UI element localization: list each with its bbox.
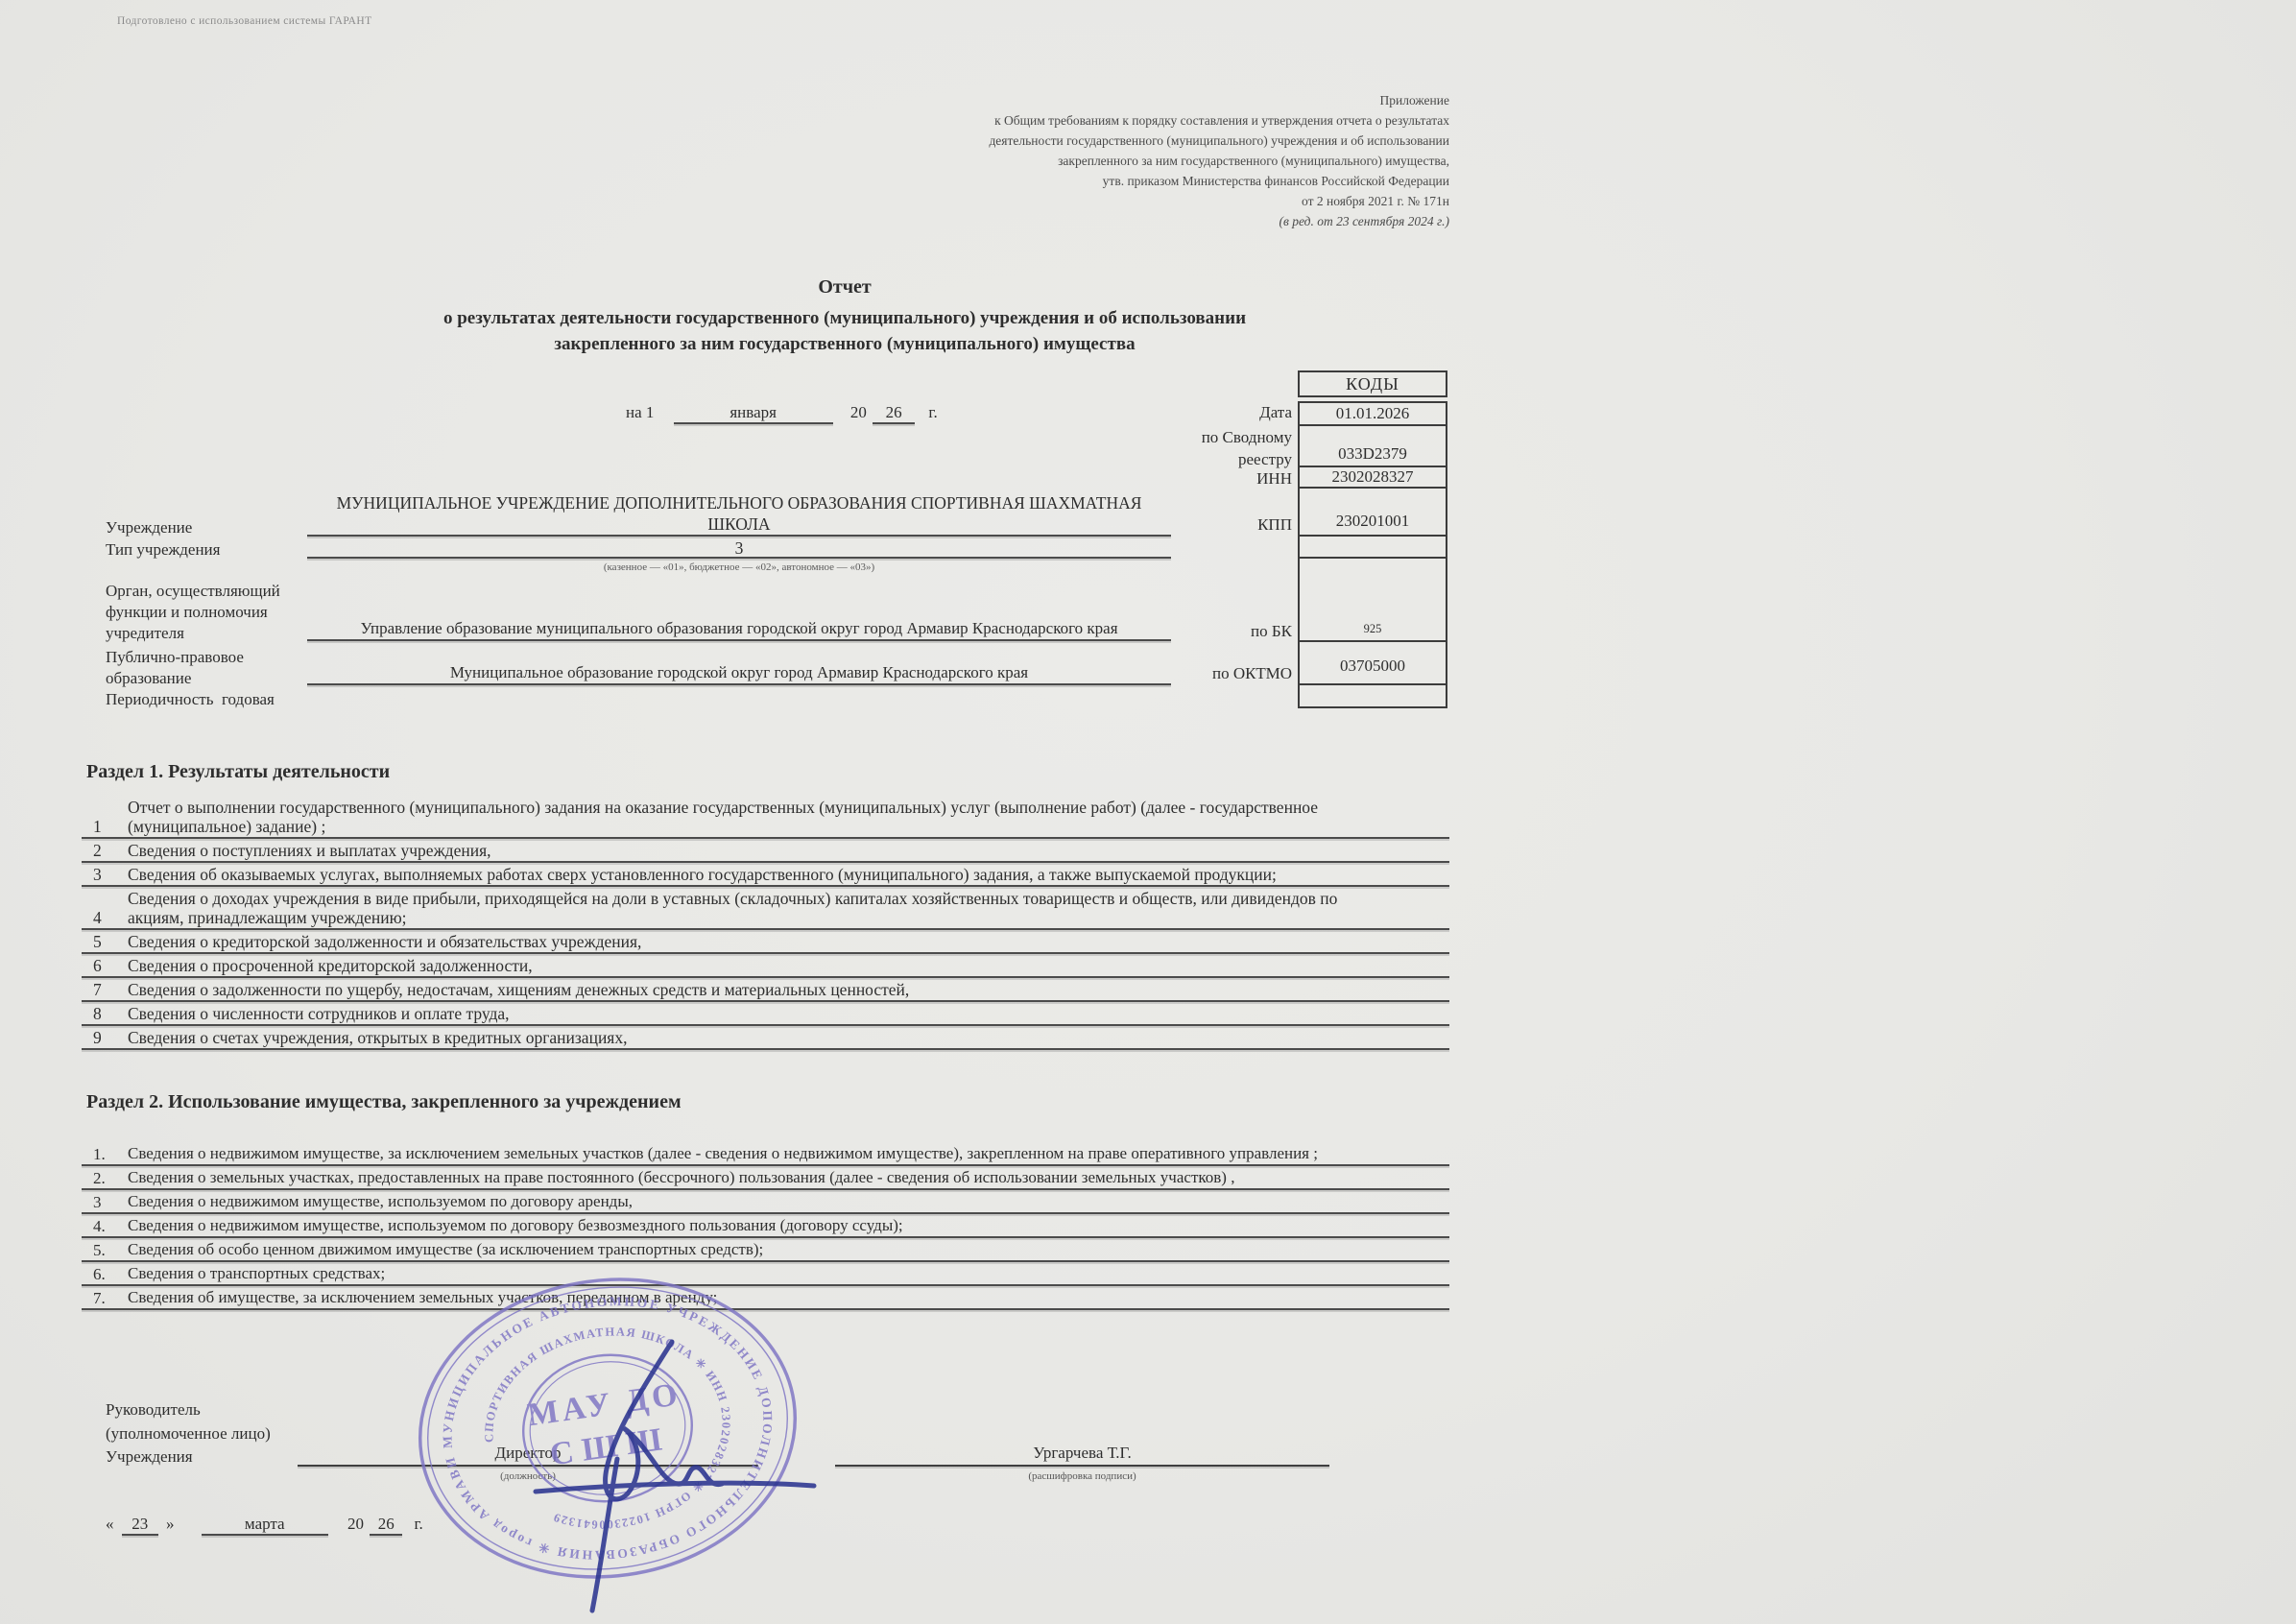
institution-type-field: 3: [307, 538, 1171, 559]
section-1: Раздел 1. Результаты деятельности 1 Отче…: [82, 761, 1449, 1052]
item-text: Сведения о недвижимом имуществе, использ…: [128, 1217, 1446, 1234]
institution-type-hint: (казенное — «01», бюджетное — «02», авто…: [307, 561, 1171, 573]
item-text: акциям, принадлежащим учреждению;: [128, 908, 1446, 927]
item-number: 1.: [93, 1146, 106, 1163]
signature-name-field: Ургарчева Т.Г.: [835, 1444, 1329, 1467]
annex-line: утв. приказом Министерства финансов Росс…: [864, 171, 1449, 191]
item-text: Сведения о доходах учреждения в виде при…: [128, 889, 1446, 908]
institution-name-line: МУНИЦИПАЛЬНОЕ УЧРЕЖДЕНИЕ ДОПОЛНИТЕЛЬНОГО…: [307, 492, 1171, 513]
institution-name-line: ШКОЛА: [307, 513, 1171, 535]
report-title-line: о результатах деятельности государственн…: [422, 305, 1267, 331]
label-institution-type: Тип учреждения: [106, 540, 220, 560]
section-2-item: 7. Сведения об имуществе, за исключением…: [82, 1289, 1449, 1310]
label-founder: функции и полномочия: [106, 603, 268, 622]
label-svodny-reestr: реестру: [1238, 450, 1292, 469]
item-text: Сведения о земельных участках, предостав…: [128, 1169, 1446, 1186]
item-number: 2: [93, 841, 102, 860]
date-month-field: января: [674, 403, 833, 424]
section-1-item: 6 Сведения о просроченной кредиторской з…: [82, 956, 1449, 978]
annex-line: от 2 ноября 2021 г. № 171н: [864, 191, 1449, 211]
section-2-item: 1. Сведения о недвижимом имуществе, за и…: [82, 1145, 1449, 1166]
item-number: 5: [93, 932, 102, 951]
label-inn: ИНН: [1256, 469, 1292, 489]
item-text: (муниципальное) задание) ;: [128, 817, 1446, 836]
signing-year-prefix: 20: [347, 1515, 364, 1533]
date-unit: г.: [928, 403, 937, 421]
date-prefix: на 1: [626, 403, 654, 421]
item-number: 3: [93, 865, 102, 884]
section-1-item: 1 Отчет о выполнении государственного (м…: [82, 798, 1449, 839]
official-stamp: МУНИЦИПАЛЬНОЕ АВТОНОМНОЕ УЧРЕЖДЕНИЕ ДОПО…: [384, 1269, 815, 1607]
periodicity-value: годовая: [222, 690, 275, 708]
label-institution: Учреждение: [106, 518, 192, 537]
periodicity-line: Периодичность годовая: [106, 690, 275, 709]
signing-year-field: 26: [370, 1515, 402, 1536]
codes-values-box: 01.01.2026 033D2379 2302028327 230201001…: [1298, 401, 1447, 708]
item-text: Сведения о кредиторской задолженности и …: [128, 932, 1446, 951]
item-number: 2.: [93, 1170, 106, 1187]
report-title-line: закрепленного за ним государственного (м…: [422, 331, 1267, 357]
section-1-item: 2 Сведения о поступлениях и выплатах учр…: [82, 841, 1449, 863]
item-text: Сведения об оказываемых услугах, выполня…: [128, 865, 1446, 884]
signing-date-unit: г.: [415, 1515, 423, 1533]
codes-cell-registry: 033D2379: [1300, 426, 1446, 467]
report-title-line: Отчет: [422, 276, 1267, 299]
garant-watermark: Подготовлено с использованием системы ГА…: [117, 15, 372, 27]
codes-cell-empty: [1300, 537, 1446, 559]
label-founder: Орган, осуществляющий: [106, 582, 280, 601]
section-1-item: 7 Сведения о задолженности по ущербу, не…: [82, 980, 1449, 1002]
item-number: 1: [93, 817, 102, 836]
item-number: 5.: [93, 1242, 106, 1259]
section-1-item: 4 Сведения о доходах учреждения в виде п…: [82, 889, 1449, 930]
item-text: Сведения о недвижимом имуществе, за искл…: [128, 1145, 1446, 1162]
label-periodicity: Периодичность: [106, 690, 213, 708]
item-text: Сведения о просроченной кредиторской зад…: [128, 956, 1446, 975]
section-1-item: 5 Сведения о кредиторской задолженности …: [82, 932, 1449, 954]
item-text: Сведения о поступлениях и выплатах учреж…: [128, 841, 1446, 860]
item-text: Сведения о счетах учреждения, открытых в…: [128, 1028, 1446, 1047]
section-2-item: 2. Сведения о земельных участках, предос…: [82, 1169, 1449, 1190]
label-head-role: (уполномоченное лицо): [106, 1424, 271, 1444]
item-number: 3: [93, 1194, 102, 1211]
item-number: 4.: [93, 1218, 106, 1235]
stamp-outer-ring-text: МУНИЦИПАЛЬНОЕ АВТОНОМНОЕ УЧРЕЖДЕНИЕ ДОПО…: [384, 1269, 793, 1592]
label-founder: учредителя: [106, 624, 184, 643]
signing-day-field: 23: [122, 1515, 158, 1536]
label-head-role: Руководитель: [106, 1400, 201, 1420]
section-2-item: 4. Сведения о недвижимом имуществе, испо…: [82, 1217, 1449, 1238]
signing-month-field: марта: [202, 1515, 328, 1536]
annex-line: деятельности государственного (муниципал…: [864, 131, 1449, 151]
item-text: Сведения о задолженности по ущербу, недо…: [128, 980, 1446, 999]
position-caption: (должность): [298, 1470, 758, 1482]
label-bk: по БК: [1251, 622, 1292, 641]
annex-edition-note: (в ред. от 23 сентября 2024 г.): [864, 211, 1449, 231]
label-oktmo: по ОКТМО: [1212, 664, 1292, 683]
item-number: 6: [93, 956, 102, 975]
stamp-inner-ring-text: СПОРТИВНАЯ ШАХМАТНАЯ ШКОЛА ✳ ИНН 2302028…: [468, 1309, 746, 1548]
section-1-item: 9 Сведения о счетах учреждения, открытых…: [82, 1028, 1449, 1050]
annex-line: к Общим требованиям к порядку составлени…: [864, 110, 1449, 131]
item-text: Сведения о численности сотрудников и опл…: [128, 1004, 1446, 1023]
codes-cell-empty: [1300, 685, 1446, 706]
item-number: 8: [93, 1004, 102, 1023]
svg-text:МУНИЦИПАЛЬНОЕ АВТОНОМНОЕ УЧРЕЖ: МУНИЦИПАЛЬНОЕ АВТОНОМНОЕ УЧРЕЖДЕНИЕ ДОПО…: [384, 1269, 793, 1592]
codes-header-cell: КОДЫ: [1298, 370, 1447, 397]
scanned-report-page: Подготовлено с использованием системы ГА…: [0, 0, 2296, 1624]
item-text: Сведения о транспортных средствах;: [128, 1265, 1446, 1282]
report-date-line: на 1 января 20 26 г.: [626, 403, 938, 424]
label-public-entity: Публично-правовое: [106, 648, 244, 667]
report-title: Отчет о результатах деятельности государ…: [422, 276, 1267, 357]
codes-table: КОДЫ 01.01.2026 033D2379 2302028327 2302…: [1298, 370, 1447, 708]
label-public-entity: образование: [106, 669, 191, 688]
date-year-field: 26: [873, 403, 915, 424]
codes-cell-oktmo: 03705000: [1300, 642, 1446, 685]
quote-open: «: [106, 1515, 114, 1533]
section-2-heading: Раздел 2. Использование имущества, закре…: [86, 1091, 1449, 1113]
codes-cell-date: 01.01.2026: [1300, 403, 1446, 426]
item-text: Сведения об имуществе, за исключением зе…: [128, 1289, 1446, 1306]
label-svodny-reestr: по Сводному: [1202, 428, 1292, 447]
item-number: 4: [93, 908, 102, 927]
svg-text:СПОРТИВНАЯ ШАХМАТНАЯ ШКОЛА ✳ И: СПОРТИВНАЯ ШАХМАТНАЯ ШКОЛА ✳ ИНН 2302028…: [468, 1309, 746, 1548]
item-number: 6.: [93, 1266, 106, 1283]
section-1-item: 8 Сведения о численности сотрудников и о…: [82, 1004, 1449, 1026]
codes-cell-inn: 2302028327: [1300, 467, 1446, 489]
codes-cell-kpp: 230201001: [1300, 489, 1446, 537]
item-number: 7: [93, 980, 102, 999]
section-2-item: 3 Сведения о недвижимом имуществе, испол…: [82, 1193, 1449, 1214]
stamp-center-text: МАУ ДО: [525, 1376, 683, 1433]
section-1-item: 3 Сведения об оказываемых услугах, выпол…: [82, 865, 1449, 887]
item-number: 7.: [93, 1290, 106, 1307]
quote-close: »: [166, 1515, 175, 1533]
annex-line: закрепленного за ним государственного (м…: [864, 151, 1449, 171]
section-2-item: 6. Сведения о транспортных средствах;: [82, 1265, 1449, 1286]
date-year-prefix: 20: [850, 403, 867, 421]
founder-field: Управление образование муниципального об…: [307, 619, 1171, 641]
signing-date-line: « 23 » марта 20 26 г.: [106, 1515, 423, 1536]
annex-line: Приложение: [864, 90, 1449, 110]
position-field: Директор: [298, 1444, 758, 1467]
item-text: Сведения об особо ценном движимом имущес…: [128, 1241, 1446, 1258]
public-entity-field: Муниципальное образование городской окру…: [307, 663, 1171, 685]
item-text: Отчет о выполнении государственного (мун…: [128, 798, 1446, 817]
section-2: Раздел 2. Использование имущества, закре…: [82, 1091, 1449, 1313]
signature-name-caption: (расшифровка подписи): [835, 1470, 1329, 1482]
annex-reference-block: Приложение к Общим требованиям к порядку…: [864, 90, 1449, 231]
institution-name-field: МУНИЦИПАЛЬНОЕ УЧРЕЖДЕНИЕ ДОПОЛНИТЕЛЬНОГО…: [307, 492, 1171, 537]
item-number: 9: [93, 1028, 102, 1047]
label-head-role: Учреждения: [106, 1447, 193, 1467]
item-text: Сведения о недвижимом имуществе, использ…: [128, 1193, 1446, 1210]
codes-cell-bk: 925: [1300, 559, 1446, 642]
label-kpp: КПП: [1257, 515, 1292, 535]
section-1-heading: Раздел 1. Результаты деятельности: [86, 761, 1449, 783]
section-2-item: 5. Сведения об особо ценном движимом иму…: [82, 1241, 1449, 1262]
label-date: Дата: [1259, 403, 1292, 422]
